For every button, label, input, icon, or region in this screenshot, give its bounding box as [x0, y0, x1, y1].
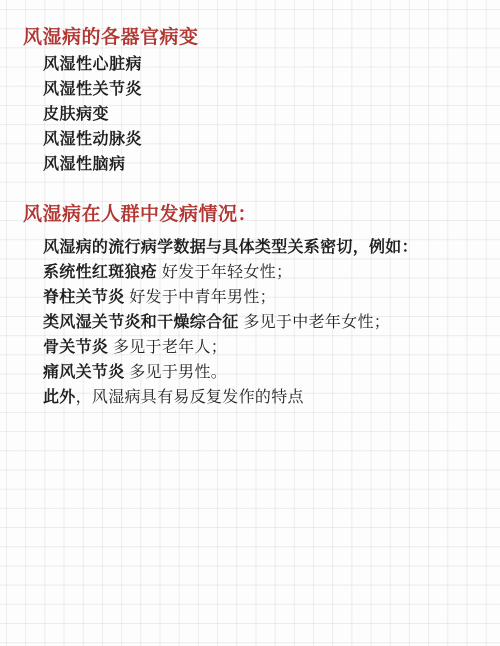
list-item: 风湿性心脏病 — [43, 52, 142, 77]
disease-description: 好发于中青年男性； — [125, 289, 276, 306]
epidemiology-footnote: 此外，风湿病具有易反复发作的特点 — [43, 385, 418, 410]
disease-description: 好发于年轻女性； — [157, 264, 292, 281]
epidemiology-entry: 脊柱关节炎 好发于中青年男性； — [43, 285, 418, 310]
footnote-text: ，风湿病具有易反复发作的特点 — [76, 389, 304, 406]
disease-term: 系统性红斑狼疮 — [43, 264, 157, 281]
organ-lesion-list: 风湿性心脏病 风湿性关节炎 皮肤病变 风湿性动脉炎 风湿性脑病 — [43, 52, 142, 177]
epidemiology-entry: 痛风关节炎 多见于男性。 — [43, 360, 418, 385]
list-item: 风湿性关节炎 — [43, 77, 142, 102]
epidemiology-entry: 骨关节炎 多见于老年人； — [43, 335, 418, 360]
epidemiology-entry: 系统性红斑狼疮 好发于年轻女性； — [43, 260, 418, 285]
list-item: 皮肤病变 — [43, 102, 142, 127]
disease-term: 痛风关节炎 — [43, 364, 125, 381]
footnote-lead: 此外 — [43, 389, 76, 406]
epidemiology-section-heading: 风湿病在人群中发病情况： — [23, 199, 257, 226]
disease-term: 骨关节炎 — [43, 339, 108, 356]
list-item: 风湿性动脉炎 — [43, 127, 142, 152]
list-item: 风湿性脑病 — [43, 152, 142, 177]
grid-paper-page: 风湿病的各器官病变 风湿性心脏病 风湿性关节炎 皮肤病变 风湿性动脉炎 风湿性脑… — [0, 0, 500, 646]
epidemiology-intro: 风湿病的流行病学数据与具体类型关系密切，例如： — [43, 235, 418, 260]
epidemiology-paragraph: 风湿病的流行病学数据与具体类型关系密切，例如： 系统性红斑狼疮 好发于年轻女性；… — [43, 235, 418, 410]
organ-section-heading: 风湿病的各器官病变 — [23, 22, 199, 49]
disease-term: 脊柱关节炎 — [43, 289, 125, 306]
disease-description: 多见于中老年女性； — [239, 314, 390, 331]
epidemiology-entry: 类风湿关节炎和干燥综合征 多见于中老年女性； — [43, 310, 418, 335]
disease-description: 多见于男性。 — [125, 364, 228, 381]
disease-term: 类风湿关节炎和干燥综合征 — [43, 314, 239, 331]
disease-description: 多见于老年人； — [108, 339, 227, 356]
